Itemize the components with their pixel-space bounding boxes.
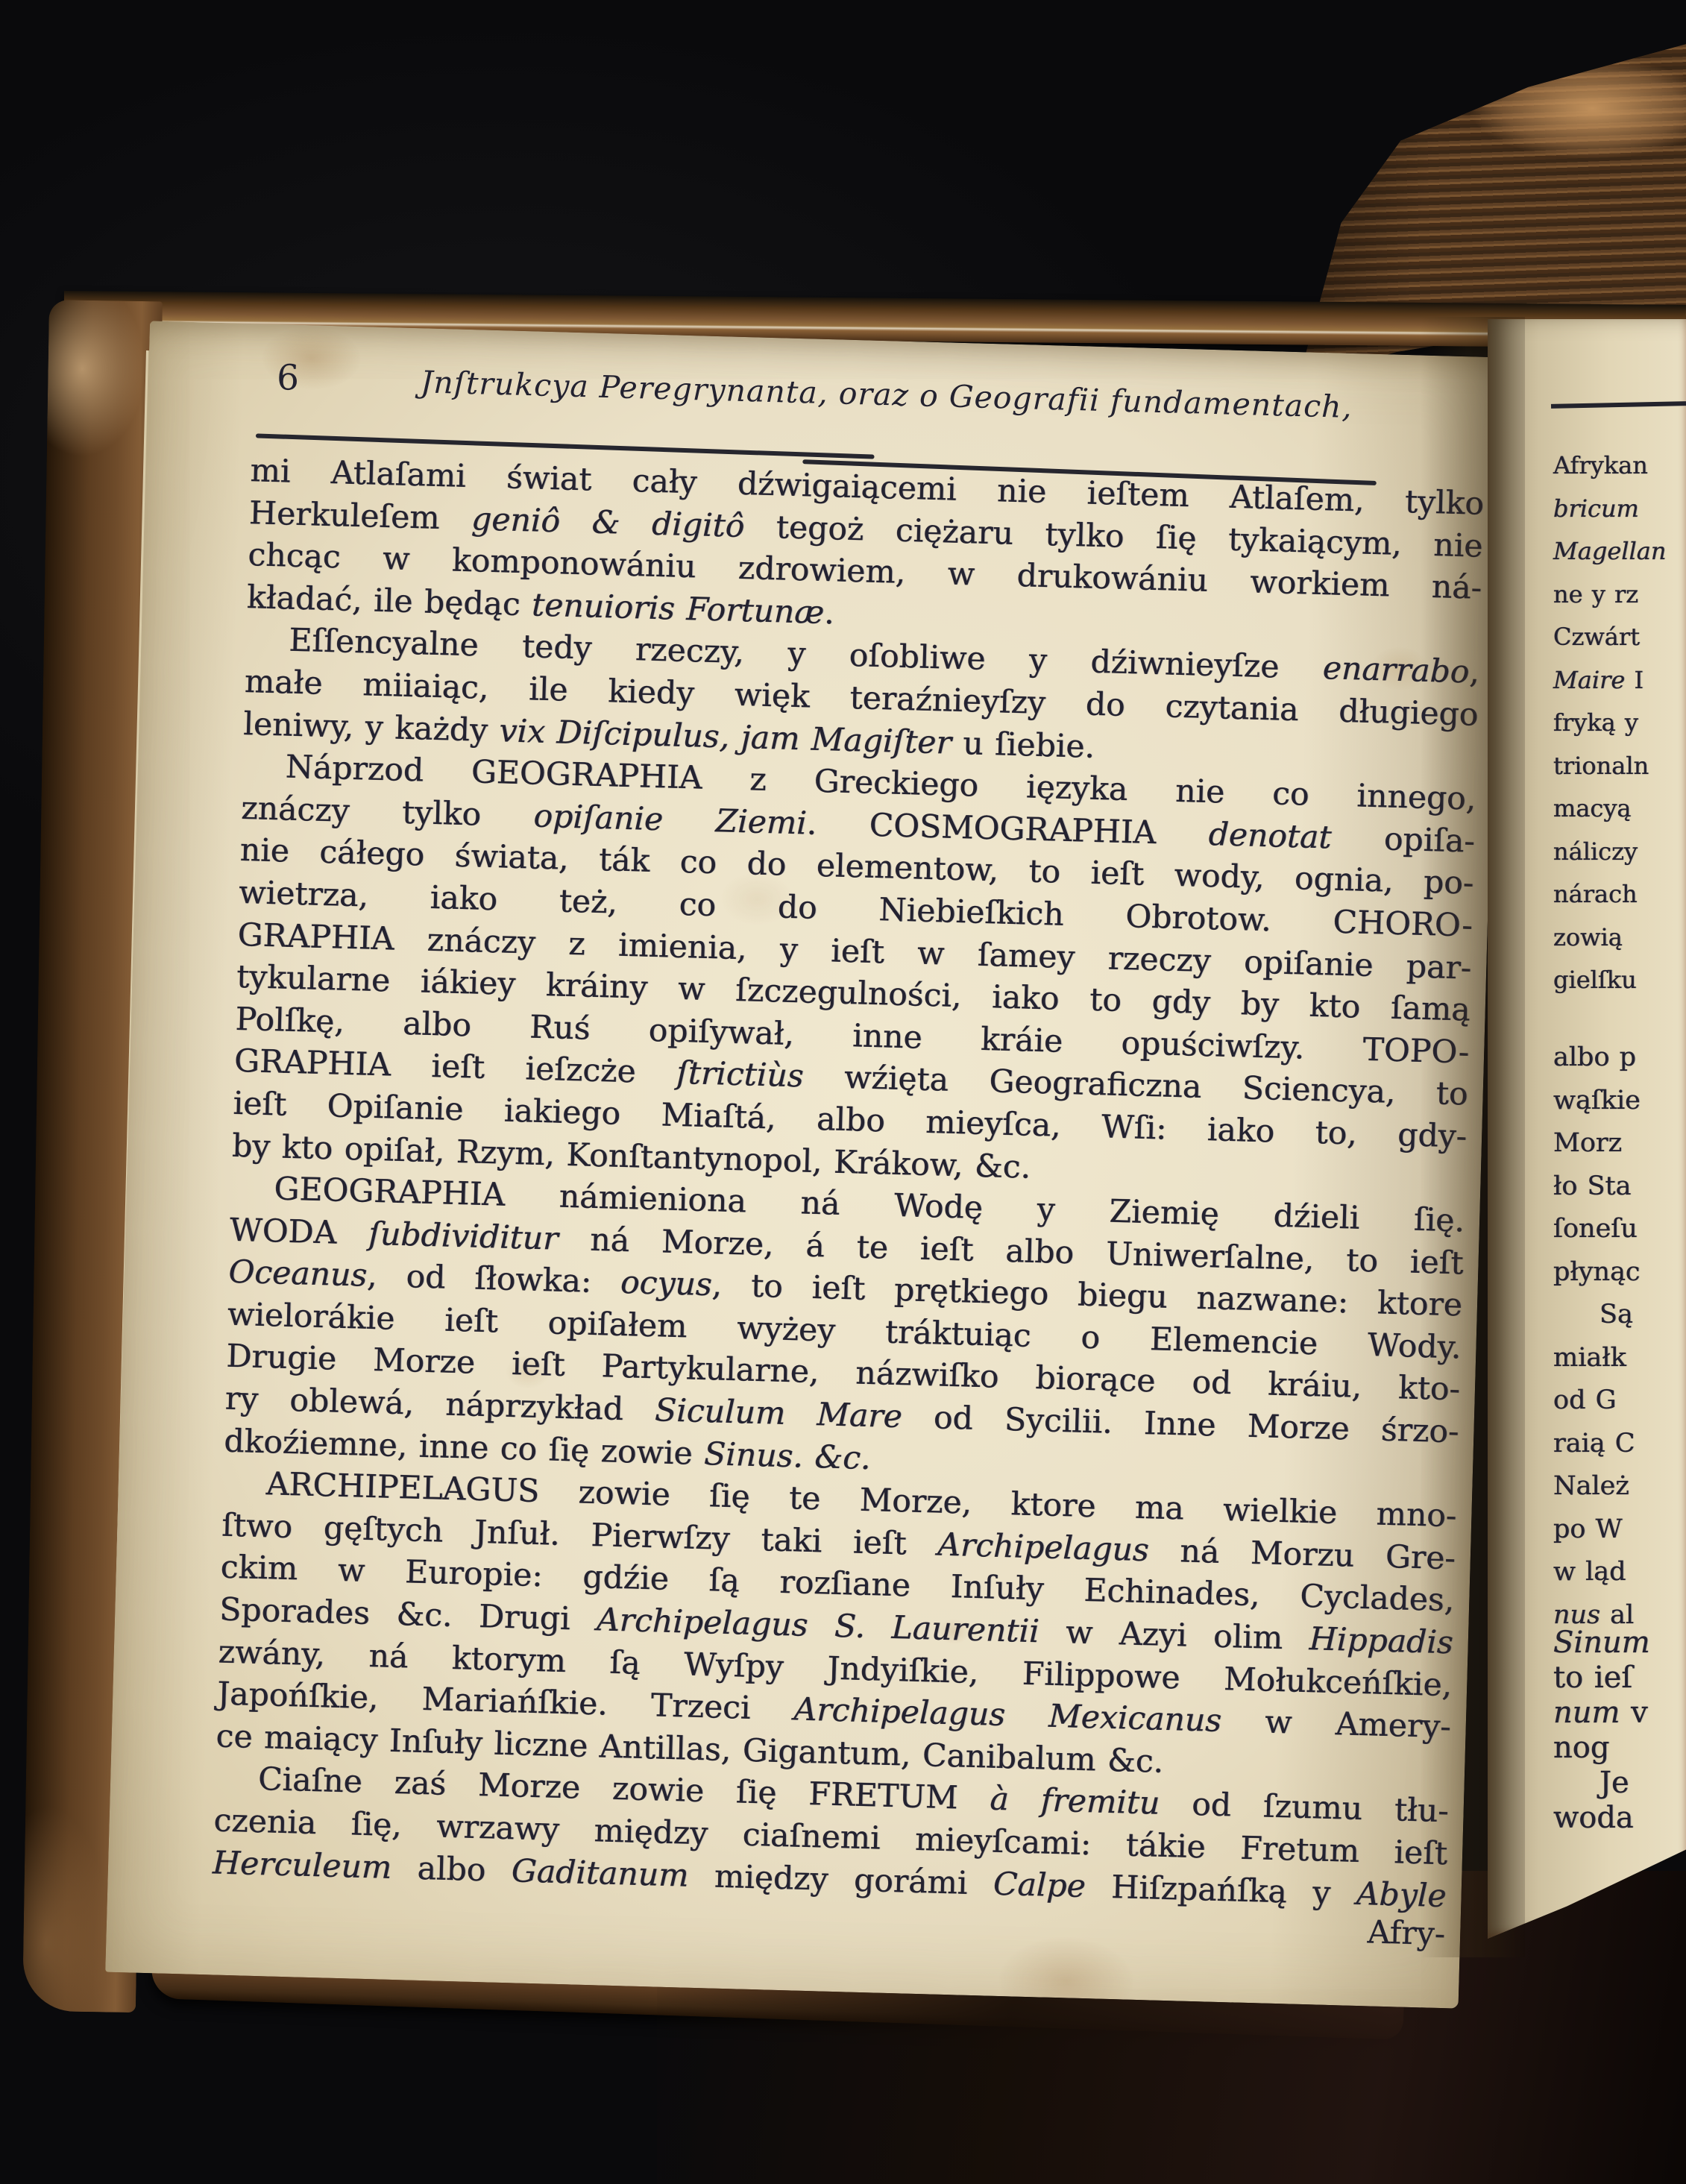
text-line: w ląd — [1553, 1551, 1641, 1594]
text-line: Je — [1553, 1766, 1650, 1801]
right-page-fragments-lower: Sinumto ieſnum vnogJewoda — [1553, 1626, 1650, 1836]
page-number: 6 — [276, 357, 299, 399]
text-line: Są — [1553, 1294, 1641, 1337]
text-line: trionaln — [1553, 745, 1666, 788]
text-line: macyą — [1553, 787, 1666, 831]
text-line: Maire I — [1553, 659, 1666, 702]
right-page-fragments-upper: AfrykanbricumMagellanne y rzCzwártMaire … — [1553, 444, 1666, 1002]
text-line: nog — [1553, 1731, 1650, 1766]
text-line: od G — [1553, 1379, 1641, 1423]
text-line: Magellan — [1553, 530, 1666, 573]
right-page-header-rule — [1551, 401, 1686, 409]
text-line: náliczy — [1553, 831, 1666, 874]
page-body-text: mi Atlaſami świat cały dźwigaiącemi nie … — [212, 450, 1484, 1918]
text-line: to ieſ — [1553, 1661, 1650, 1696]
text-line: po W — [1553, 1508, 1641, 1552]
text-line: płynąc — [1553, 1251, 1641, 1294]
book-photograph: 6 Jnſtrukcya Peregrynanta, oraz o Geogra… — [0, 0, 1686, 2184]
text-line: zowią — [1553, 916, 1666, 960]
text-line: ło Sta — [1553, 1165, 1641, 1209]
text-line: albo p — [1553, 1036, 1641, 1080]
text-line: wąſkie — [1553, 1080, 1641, 1123]
text-line: ne y rz — [1553, 573, 1666, 617]
text-line: num v — [1553, 1696, 1650, 1731]
text-line: nárach — [1553, 873, 1666, 916]
text-line: bricum — [1553, 488, 1666, 531]
text-line: Czwárt — [1553, 616, 1666, 659]
text-line: Należ — [1553, 1465, 1641, 1508]
right-page-fragments-middle: albo pwąſkieMorzło StaſoneſupłynącSąmiał… — [1553, 1036, 1641, 1637]
text-line: fryką y — [1553, 702, 1666, 745]
text-line: Afrykan — [1553, 444, 1666, 488]
text-line: Sinum — [1553, 1626, 1650, 1661]
text-line: raią C — [1553, 1423, 1641, 1466]
text-line: gielſku — [1553, 959, 1666, 1002]
right-page-sliver: AfrykanbricumMagellanne y rzCzwártMaire … — [1488, 319, 1686, 1939]
running-header: Jnſtrukcya Peregrynanta, oraz o Geografi… — [412, 364, 1360, 425]
text-line: Morz — [1553, 1122, 1641, 1165]
text-line: miałk — [1553, 1337, 1641, 1380]
text-line: ſoneſu — [1553, 1208, 1641, 1251]
left-page: 6 Jnſtrukcya Peregrynanta, oraz o Geogra… — [105, 321, 1503, 2008]
text-line: woda — [1553, 1801, 1650, 1836]
